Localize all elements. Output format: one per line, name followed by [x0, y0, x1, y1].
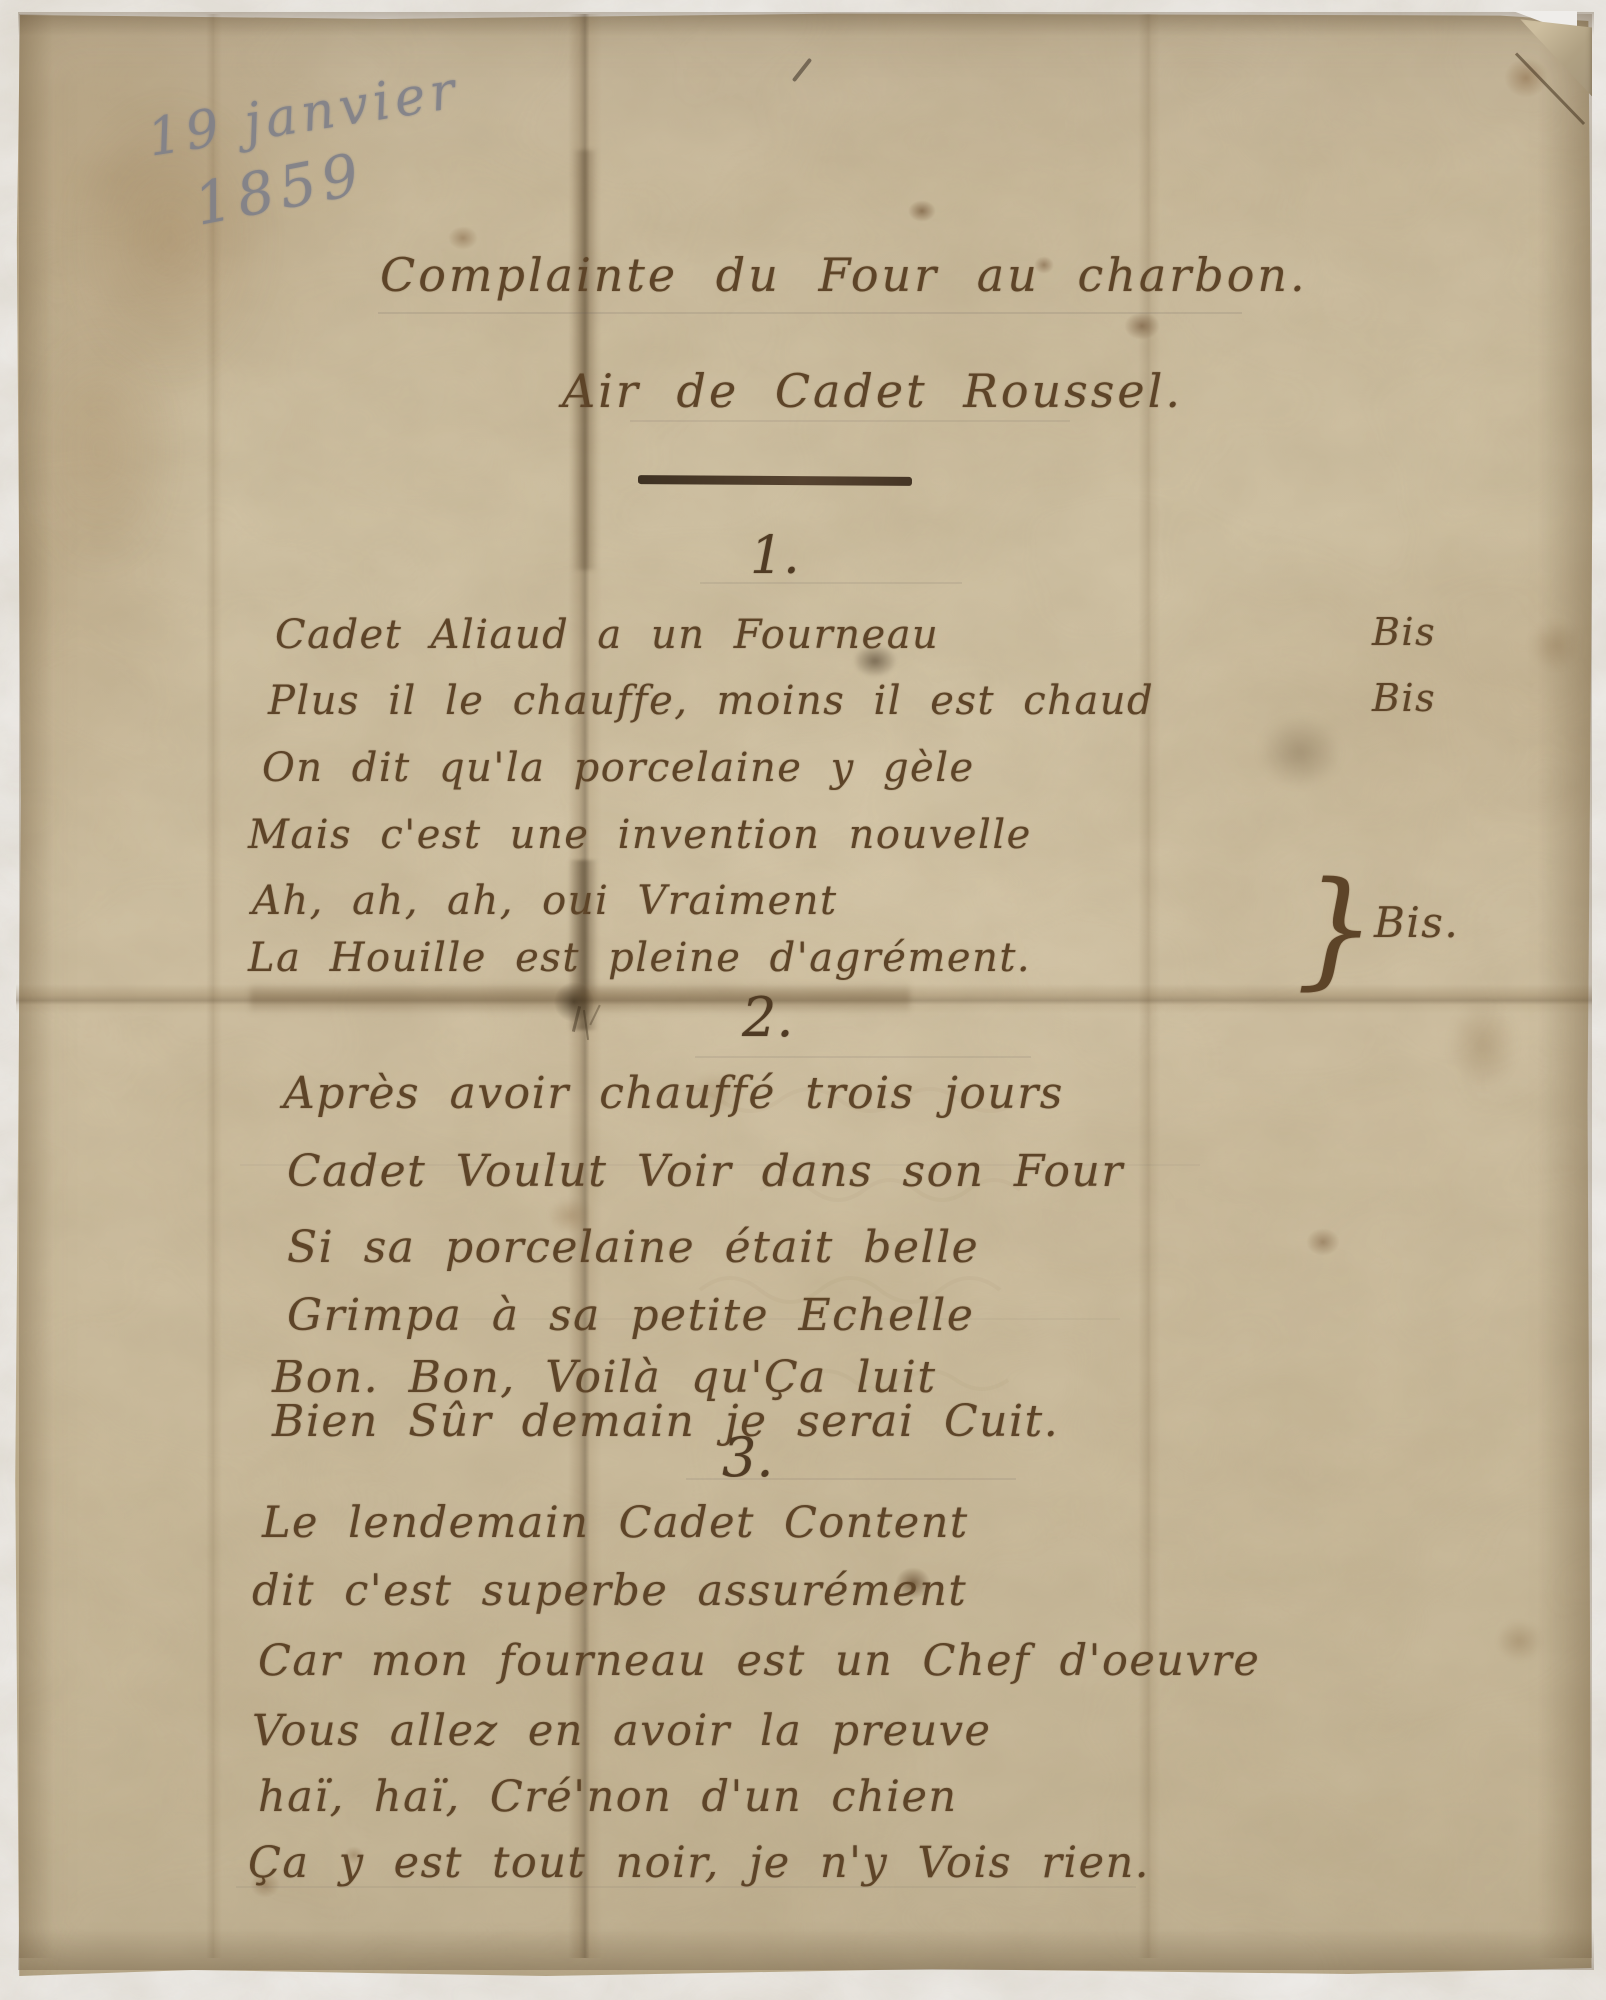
verse-line: Cadet Voulut Voir dans son Four [287, 1146, 1124, 1197]
page-title: Complainte du Four au charbon. [380, 248, 1308, 302]
verse-line: Ah, ah, ah, oui Vraiment [252, 878, 838, 924]
verse-line: Plus il le chauffe, moins il est chaud [268, 678, 1154, 724]
verse-line: Le lendemain Cadet Content [262, 1498, 969, 1548]
refrain-mark-bis-2: Bis [1372, 676, 1436, 720]
verse-line: Ça y est tout noir, je n'y Vois rien. [248, 1838, 1150, 1888]
verse-2-number: 2. [742, 986, 794, 1049]
verse-line: Bien Sûr demain je serai Cuit. [272, 1396, 1059, 1447]
verse-line: Car mon fourneau est un Chef d'oeuvre [258, 1636, 1260, 1686]
verse-line: Si sa porcelaine était belle [287, 1222, 979, 1273]
verse-line: Cadet Aliaud a un Fourneau [275, 612, 939, 658]
title-divider-stroke [638, 475, 912, 486]
verse-line: Mais c'est une invention nouvelle [248, 812, 1032, 858]
verse-line: Grimpa à sa petite Echelle [287, 1290, 974, 1341]
verse-line: Après avoir chauffé trois jours [283, 1068, 1064, 1119]
verse-1-number: 1. [750, 526, 800, 586]
page-subtitle: Air de Cadet Roussel. [562, 364, 1183, 418]
verse-line: dit c'est superbe assurément [252, 1566, 967, 1616]
refrain-group-bis-label: Bis. [1374, 898, 1459, 947]
verse-line: La Houille est pleine d'agrément. [248, 935, 1031, 981]
verse-line: haï, haï, Cré'non d'un chien [258, 1772, 958, 1822]
verse-3-number: 3. [722, 1426, 774, 1489]
verse-line: On dit qu'la porcelaine y gèle [262, 745, 975, 791]
refrain-brace: } [1296, 866, 1376, 992]
manuscript-scan: 19 janvier 1859 Complainte du Four au ch… [0, 0, 1606, 2000]
refrain-mark-bis-1: Bis [1372, 610, 1436, 654]
verse-line: Vous allez en avoir la preuve [252, 1706, 991, 1756]
